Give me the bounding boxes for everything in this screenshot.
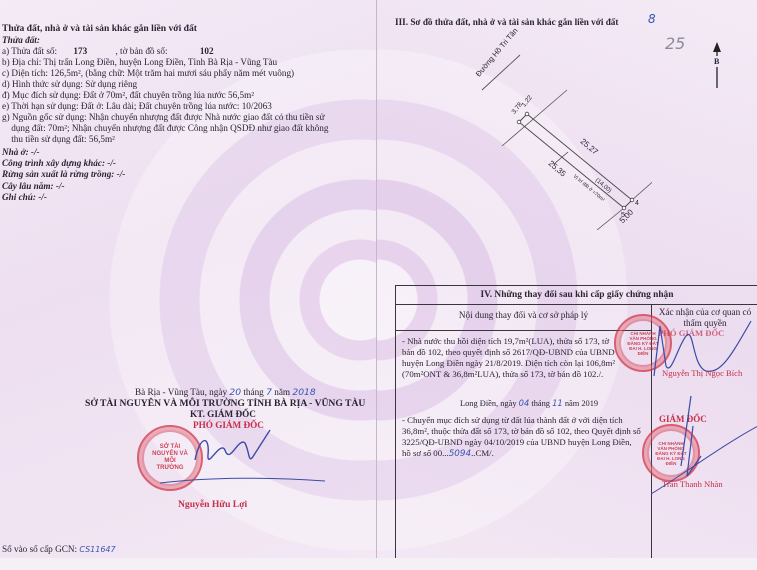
entry1-place-date: Long Điền, ngày 04 tháng 11 năm 2019 <box>460 398 598 409</box>
entry2-line-3: 3225/QĐ-UBND ngày 04/10/2019 của UBND hu… <box>402 437 632 448</box>
year-label: năm <box>274 387 290 397</box>
other-construction-item: Công trình xây dựng khác: -/- <box>2 158 116 169</box>
section4-title: IV. Những thay đổi sau khi cấp giấy chứn… <box>396 290 757 301</box>
entry2-line-2: 36,8m², thuộc thửa đất số 173, tờ bản đồ… <box>402 426 641 437</box>
entry1-line-3: huyện Long Điền ngày 21/8/2019. Diện tíc… <box>402 358 615 369</box>
register-number: Số vào sổ cấp GCN: CS11647 <box>2 544 116 555</box>
usage-purpose-line: đ) Mục đích sử dụng: Đất ở 70m², đất chu… <box>2 90 254 101</box>
plot-diagram <box>472 50 652 230</box>
changes-table: IV. Những thay đổi sau khi cấp giấy chứn… <box>395 285 757 559</box>
usage-term-line: e) Thời hạn sử dụng: Đất ở: Lâu dài; Đất… <box>2 101 272 112</box>
house-item: Nhà ở: -/- <box>2 147 40 158</box>
issuing-authority: SỞ TÀI NGUYÊN VÀ MÔI TRƯỜNG TỈNH BÀ RỊA … <box>85 398 365 409</box>
plot-number-value: 173 <box>73 46 87 56</box>
handwritten-number: 25 <box>665 38 685 49</box>
scan-bottom-edge <box>0 558 757 570</box>
entry1-signer: Nguyễn Thị Ngọc Bích <box>662 368 742 379</box>
entry1-line-4: (70m²ONT & 36,8m²LUA), thửa số 173, tờ b… <box>402 369 603 380</box>
entry1-place-label: Long Điền, ngày <box>460 399 517 408</box>
entry1-year: năm 2019 <box>565 399 598 408</box>
signature-scribble <box>150 425 330 495</box>
entry2-signer: Trần Thanh Nhàn <box>662 479 723 490</box>
issue-place-label: Bà Rịa - Vũng Tàu, ngày <box>135 387 227 397</box>
address-line: b) Địa chỉ: Thị trấn Long Điền, huyện Lo… <box>2 57 277 68</box>
register-label: Số vào sổ cấp GCN: <box>2 544 77 554</box>
north-label: B <box>714 56 719 67</box>
land-plot-subheading: Thửa đất: <box>2 35 40 46</box>
usage-origin-line-3: thu tiền sử dụng đất: 56,5m² <box>2 134 115 145</box>
entry1-line-2: bản đồ 102, theo quyết định số 2617/QĐ-U… <box>402 347 615 358</box>
production-forest-item: Rừng sản xuất là rừng trồng: -/- <box>2 169 125 180</box>
file-number: 5094 <box>449 449 471 459</box>
point-4: 4 <box>635 198 639 209</box>
entry1-month-label: tháng <box>531 399 550 408</box>
point-5: 5 <box>621 210 625 221</box>
issue-year: 2018 <box>292 387 315 398</box>
issue-day: 20 <box>229 387 241 398</box>
signer-name: Nguyễn Hữu Lợi <box>178 499 247 510</box>
file-suffix: ..CM/. <box>471 448 494 458</box>
section3-title: III. Sơ đồ thửa đất, nhà ở và tài sản kh… <box>395 17 618 28</box>
notes-item: Ghi chú: -/- <box>2 192 47 203</box>
left-page: Thửa đất, nhà ở và tài sản khác gắn liền… <box>0 0 380 570</box>
perennial-trees-item: Cây lâu năm: -/- <box>2 181 65 192</box>
area-line: c) Diện tích: 126,5m², (bằng chữ: Một tr… <box>2 68 294 79</box>
usage-origin-line-2: dụng đất: 70m²; Nhận chuyển nhượng đất đ… <box>2 123 328 134</box>
entry2-file-line: hồ sơ số 00...5094..CM/. <box>402 448 494 460</box>
entry2-line-1: - Chuyển mục đích sử dụng từ đất lúa thà… <box>402 415 623 426</box>
col1-header: Nội dung thay đổi và cơ sở pháp lý <box>396 310 651 321</box>
usage-origin-line-1: g) Nguồn gốc sử dụng: Nhận chuyển nhượng… <box>2 112 324 123</box>
on-behalf-title: KT. GIÁM ĐỐC <box>190 409 256 420</box>
map-sheet-label: , tờ bản đồ số: <box>115 46 167 56</box>
map-sheet-value: 102 <box>200 46 214 56</box>
entry1-day: 04 <box>519 398 530 408</box>
issue-month: 7 <box>266 387 272 398</box>
month-label: tháng <box>243 387 263 397</box>
handwritten-mark: 8 <box>648 14 656 25</box>
plot-number-label: a) Thửa đất số: <box>2 46 57 56</box>
register-value: CS11647 <box>79 545 115 554</box>
table-divider <box>396 304 757 305</box>
issue-place-date: Bà Rịa - Vũng Tàu, ngày 20 tháng 7 năm 2… <box>135 387 316 398</box>
table-header-divider <box>396 330 651 331</box>
entry1-month: 11 <box>552 398 563 408</box>
plot-number-line: a) Thửa đất số: 173 , tờ bản đồ số: 102 <box>2 46 214 57</box>
usage-form-line: d) Hình thức sử dụng: Sử dụng riêng <box>2 79 137 90</box>
file-prefix: hồ sơ số 00... <box>402 448 449 458</box>
entry1-line-1: - Nhà nước thu hồi diện tích 19,7m²(LUA)… <box>402 336 609 347</box>
section-heading: Thửa đất, nhà ở và tài sản khác gắn liền… <box>2 23 197 34</box>
